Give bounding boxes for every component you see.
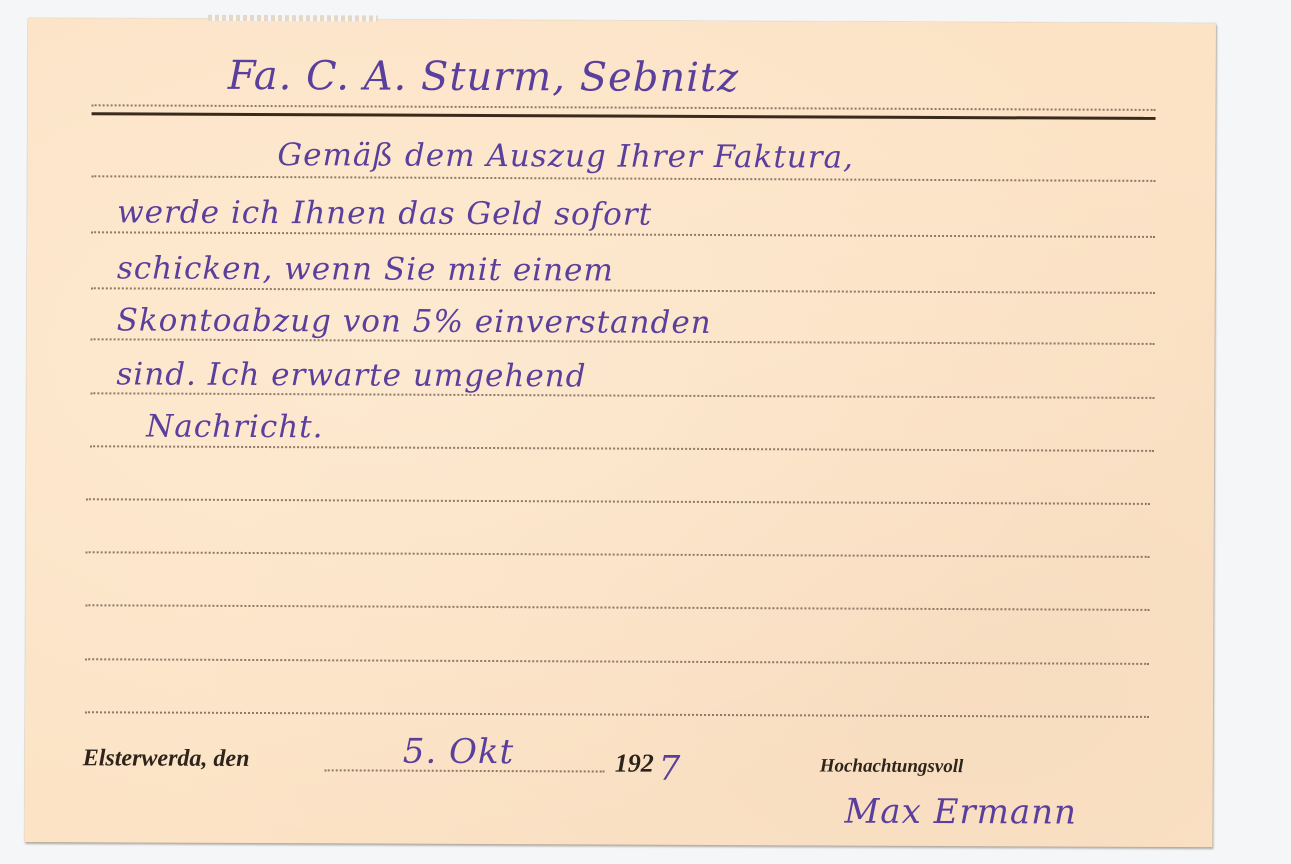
handwritten-body-line: schicken, wenn Sie mit einem	[117, 250, 614, 288]
address-dotted-line	[92, 104, 1156, 111]
writing-line	[91, 175, 1155, 182]
writing-line	[90, 392, 1154, 399]
handwritten-body-line: Gemäß dem Auszug Ihrer Faktura,	[277, 137, 854, 176]
writing-line	[85, 604, 1149, 611]
printed-year: 192	[615, 749, 654, 779]
writing-line	[85, 711, 1149, 718]
address-rule	[92, 112, 1156, 120]
torn-edge	[208, 15, 378, 22]
handwritten-body-line: sind. Ich erwarte umgehend	[116, 356, 586, 394]
handwritten-body-line: Nachricht.	[146, 409, 323, 446]
writing-line	[86, 498, 1150, 505]
handwritten-body-line: Skontoabzug von 5% einverstanden	[117, 302, 712, 341]
writing-line	[90, 445, 1154, 452]
writing-line	[91, 287, 1155, 294]
handwritten-body-line: werde ich Ihnen das Geld sofort	[117, 194, 652, 232]
printed-place: Elsterwerda, den	[83, 745, 250, 773]
signature: Max Ermann	[844, 792, 1077, 833]
handwritten-date: 5. Okt	[403, 732, 515, 772]
printed-closing: Hochachtungsvoll	[820, 755, 964, 778]
postcard: Fa. C. A. Sturm, Sebnitz Gemäß dem Auszu…	[24, 18, 1216, 847]
writing-line	[85, 658, 1149, 665]
writing-line	[86, 551, 1150, 558]
handwritten-year-digit: 7	[659, 749, 682, 789]
handwritten-address: Fa. C. A. Sturm, Sebnitz	[228, 53, 740, 101]
